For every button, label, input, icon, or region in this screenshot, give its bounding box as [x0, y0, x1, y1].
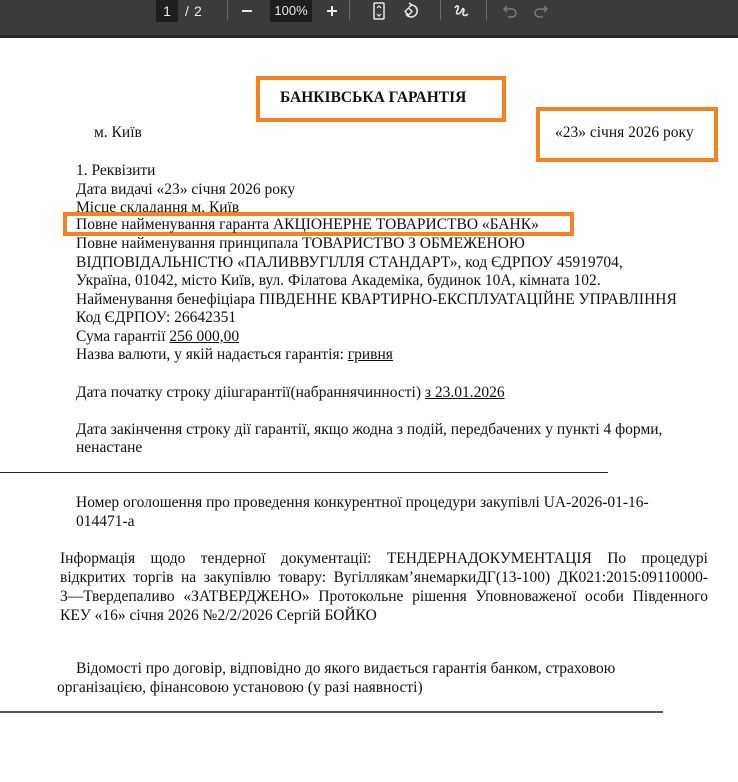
- amount-label: Сума гарантії: [76, 328, 169, 345]
- tender-line-4: КЕУ «16» січня 2026 №2/2/2026 Сергій БОЙ…: [60, 606, 708, 625]
- end-date-line-2: ненастане: [76, 439, 142, 457]
- divider: [349, 0, 350, 20]
- zoom-in-button[interactable]: [321, 0, 343, 22]
- rotate-icon: [402, 2, 420, 20]
- contract-line-2: організацією, фінансовою установою (у ра…: [57, 679, 423, 697]
- divider: [227, 0, 228, 20]
- pdf-page: БАНКІВСЬКА ГАРАНТІЯ м. Київ «23» січня 2…: [0, 41, 738, 782]
- principal-line-2: ВІДПОВІДАЛЬНІСТЮ «ПАЛИВВУГІЛЛЯ СТАНДАРТ»…: [76, 254, 623, 272]
- pdf-toolbar: 1 / 2 100%: [0, 0, 738, 38]
- announcement-line-2: 014471-a: [76, 513, 135, 531]
- guarantee-amount: Сума гарантії 256 000,00: [76, 328, 239, 346]
- divider-line: [0, 711, 663, 713]
- redo-button[interactable]: [530, 0, 552, 22]
- fit-page-button[interactable]: [368, 0, 390, 22]
- section-heading: 1. Реквізити: [76, 162, 155, 180]
- draw-button[interactable]: [450, 0, 472, 22]
- total-pages: 2: [194, 0, 208, 22]
- end-date-line-1: Дата закінчення строку дії гарантії, якщ…: [76, 421, 662, 439]
- start-value: з 23.01.2026: [425, 384, 505, 401]
- announcement-line-1: Номер оголошення про проведення конкурен…: [76, 494, 649, 512]
- beneficiary-code: Код ЄДРПОУ: 26642351: [76, 309, 236, 327]
- amount-value: 256 000,00: [169, 328, 239, 345]
- page-separator: /: [182, 0, 192, 22]
- city: м. Київ: [94, 124, 142, 142]
- plus-icon: [325, 4, 339, 18]
- guarantor: Повне найменування гаранта АКЦІОНЕРНЕ ТО…: [76, 216, 539, 234]
- contract-line-1: Відомості про договір, відповідно до яко…: [76, 660, 615, 678]
- currency-label: Назва валюти, у якій надається гарантія:: [76, 346, 348, 363]
- redo-icon: [533, 3, 549, 19]
- beneficiary: Найменування бенефіціара ПІВДЕННЕ КВАРТИ…: [76, 291, 677, 309]
- tender-line-1: Інформація щодо тендерної документації: …: [60, 549, 708, 568]
- start-date: Дата початку строку дііuгарантії(набранн…: [76, 384, 505, 402]
- principal-line-1: Повне найменування принципала ТОВАРИСТВО…: [76, 235, 525, 253]
- minus-icon: [240, 4, 254, 18]
- start-label: Дата початку строку дііuгарантії(набранн…: [76, 384, 425, 401]
- divider-line: [0, 472, 608, 473]
- document-date: «23» січня 2026 року: [555, 124, 694, 142]
- draw-icon: [452, 2, 470, 20]
- undo-icon: [502, 3, 518, 19]
- tender-line-2: відкритих торгів на закупівлю товару: Ву…: [60, 568, 708, 587]
- fit-page-icon: [372, 2, 386, 20]
- issue-date: Дата видачі «23» січня 2026 року: [76, 181, 295, 199]
- divider: [486, 0, 487, 20]
- undo-button[interactable]: [499, 0, 521, 22]
- rotate-button[interactable]: [400, 0, 422, 22]
- principal-line-3: Україна, 01042, місто Київ, вул. Філатов…: [76, 272, 601, 290]
- divider: [440, 0, 441, 20]
- tender-line-3: 3—Твердепаливо «ЗАТВЕРДЖЕНО» Протокольне…: [60, 587, 708, 606]
- tender-info: Інформація щодо тендерної документації: …: [60, 549, 708, 625]
- currency: Назва валюти, у якій надається гарантія:…: [76, 346, 393, 364]
- page-number-input[interactable]: 1: [156, 0, 178, 22]
- currency-value: гривня: [348, 346, 393, 363]
- zoom-level-input[interactable]: 100%: [270, 0, 312, 22]
- document-title: БАНКІВСЬКА ГАРАНТІЯ: [280, 89, 466, 107]
- zoom-out-button[interactable]: [236, 0, 258, 22]
